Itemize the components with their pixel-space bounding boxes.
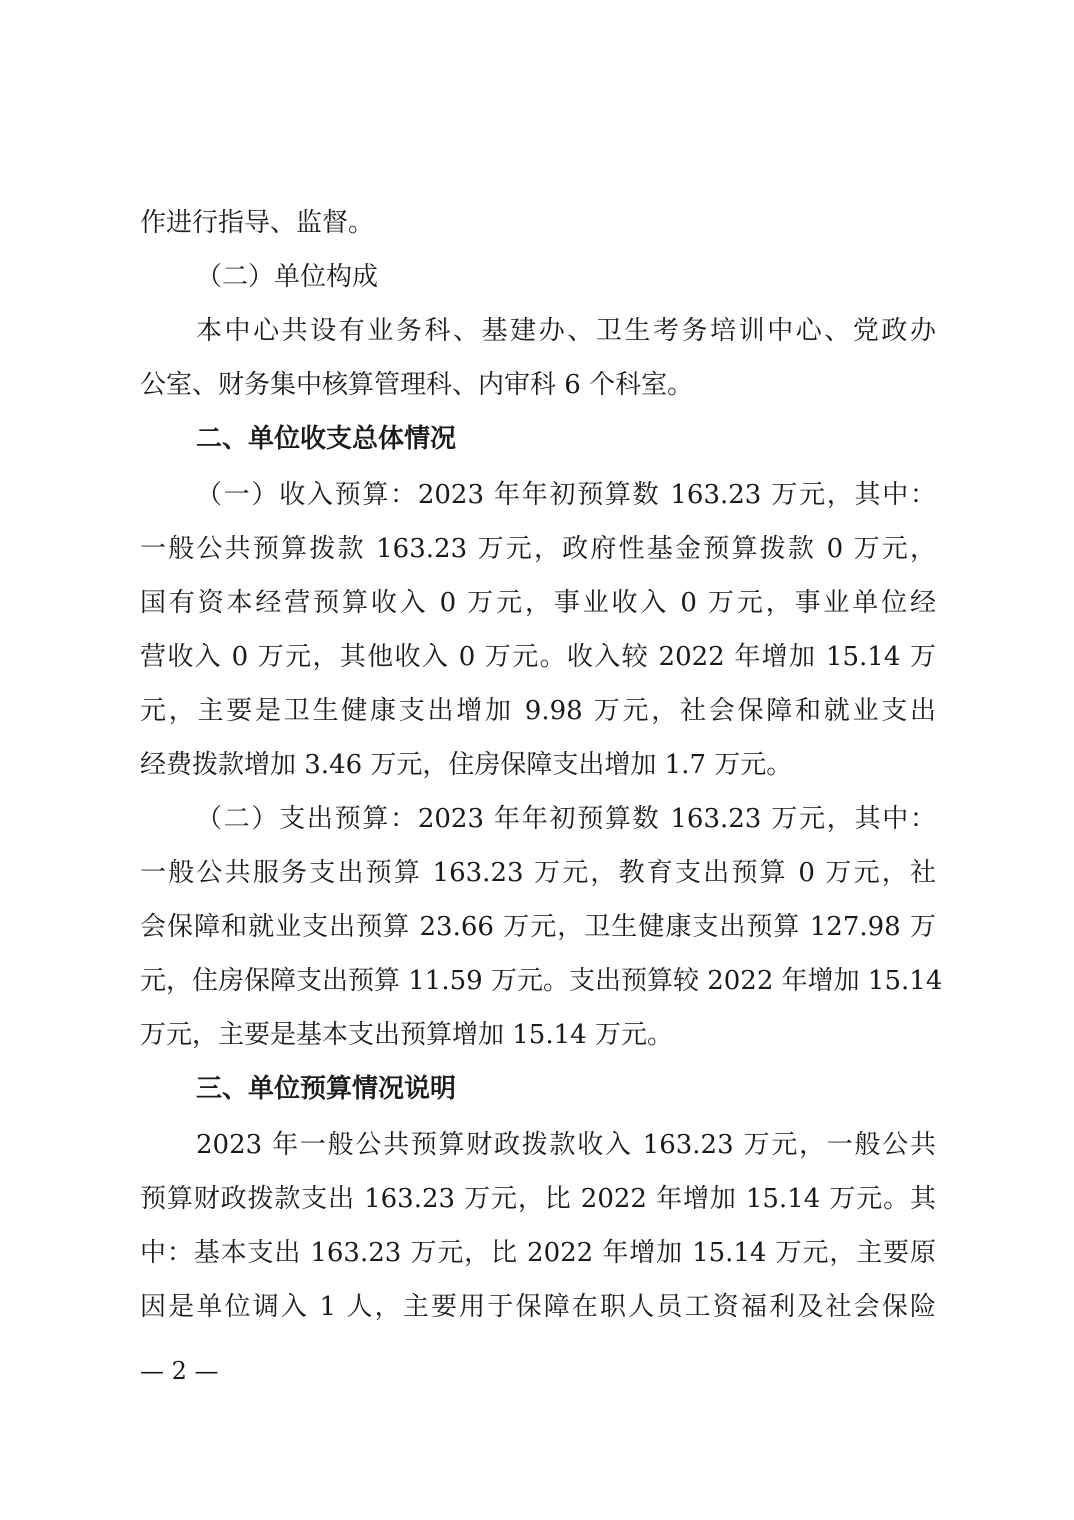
page-number: — 2 — bbox=[140, 1356, 219, 1386]
paragraph-line: 一般公共预算拨款 163.23 万元，政府性基金预算拨款 0 万元， bbox=[140, 532, 936, 566]
paragraph-line: 万元，主要是基本支出预算增加 15.14 万元。 bbox=[140, 1018, 936, 1052]
paragraph-line: 元，主要是卫生健康支出增加 9.98 万元，社会保障和就业支出 bbox=[140, 694, 936, 728]
paragraph-line: 因是单位调入 1 人，主要用于保障在职人员工资福利及社会保险 bbox=[140, 1290, 936, 1324]
paragraph-line: 一般公共服务支出预算 163.23 万元，教育支出预算 0 万元，社 bbox=[140, 856, 936, 890]
paragraph-line: 2023 年一般公共预算财政拨款收入 163.23 万元，一般公共 bbox=[196, 1128, 936, 1162]
paragraph-line: （二）支出预算：2023 年年初预算数 163.23 万元，其中： bbox=[196, 802, 936, 836]
paragraph-line: 元，住房保障支出预算 11.59 万元。支出预算较 2022 年增加 15.14 bbox=[140, 964, 936, 998]
paragraph-line: 会保障和就业支出预算 23.66 万元，卫生健康支出预算 127.98 万 bbox=[140, 910, 936, 944]
paragraph-line: 中：基本支出 163.23 万元，比 2022 年增加 15.14 万元，主要原 bbox=[140, 1236, 936, 1270]
paragraph-line: 经费拨款增加 3.46 万元，住房保障支出增加 1.7 万元。 bbox=[140, 748, 936, 782]
paragraph-line: （一）收入预算：2023 年年初预算数 163.23 万元，其中： bbox=[196, 478, 936, 512]
section-heading-budget: 三、单位预算情况说明 bbox=[196, 1072, 936, 1106]
paragraph-line: 预算财政拨款支出 163.23 万元，比 2022 年增加 15.14 万元。其 bbox=[140, 1182, 936, 1216]
paragraph-line: 本中心共设有业务科、基建办、卫生考务培训中心、党政办 bbox=[196, 314, 936, 348]
paragraph-line: 国有资本经营预算收入 0 万元，事业收入 0 万元，事业单位经 bbox=[140, 586, 936, 620]
section-heading-overall: 二、单位收支总体情况 bbox=[196, 422, 936, 456]
paragraph-line: 公室、财务集中核算管理科、内审科 6 个科室。 bbox=[140, 368, 936, 402]
subheading-unit-composition: （二）单位构成 bbox=[196, 260, 936, 294]
paragraph-line: 作进行指导、监督。 bbox=[140, 206, 936, 240]
paragraph-line: 营收入 0 万元，其他收入 0 万元。收入较 2022 年增加 15.14 万 bbox=[140, 640, 936, 674]
document-page: 作进行指导、监督。 （二）单位构成 本中心共设有业务科、基建办、卫生考务培训中心… bbox=[0, 0, 1074, 1520]
